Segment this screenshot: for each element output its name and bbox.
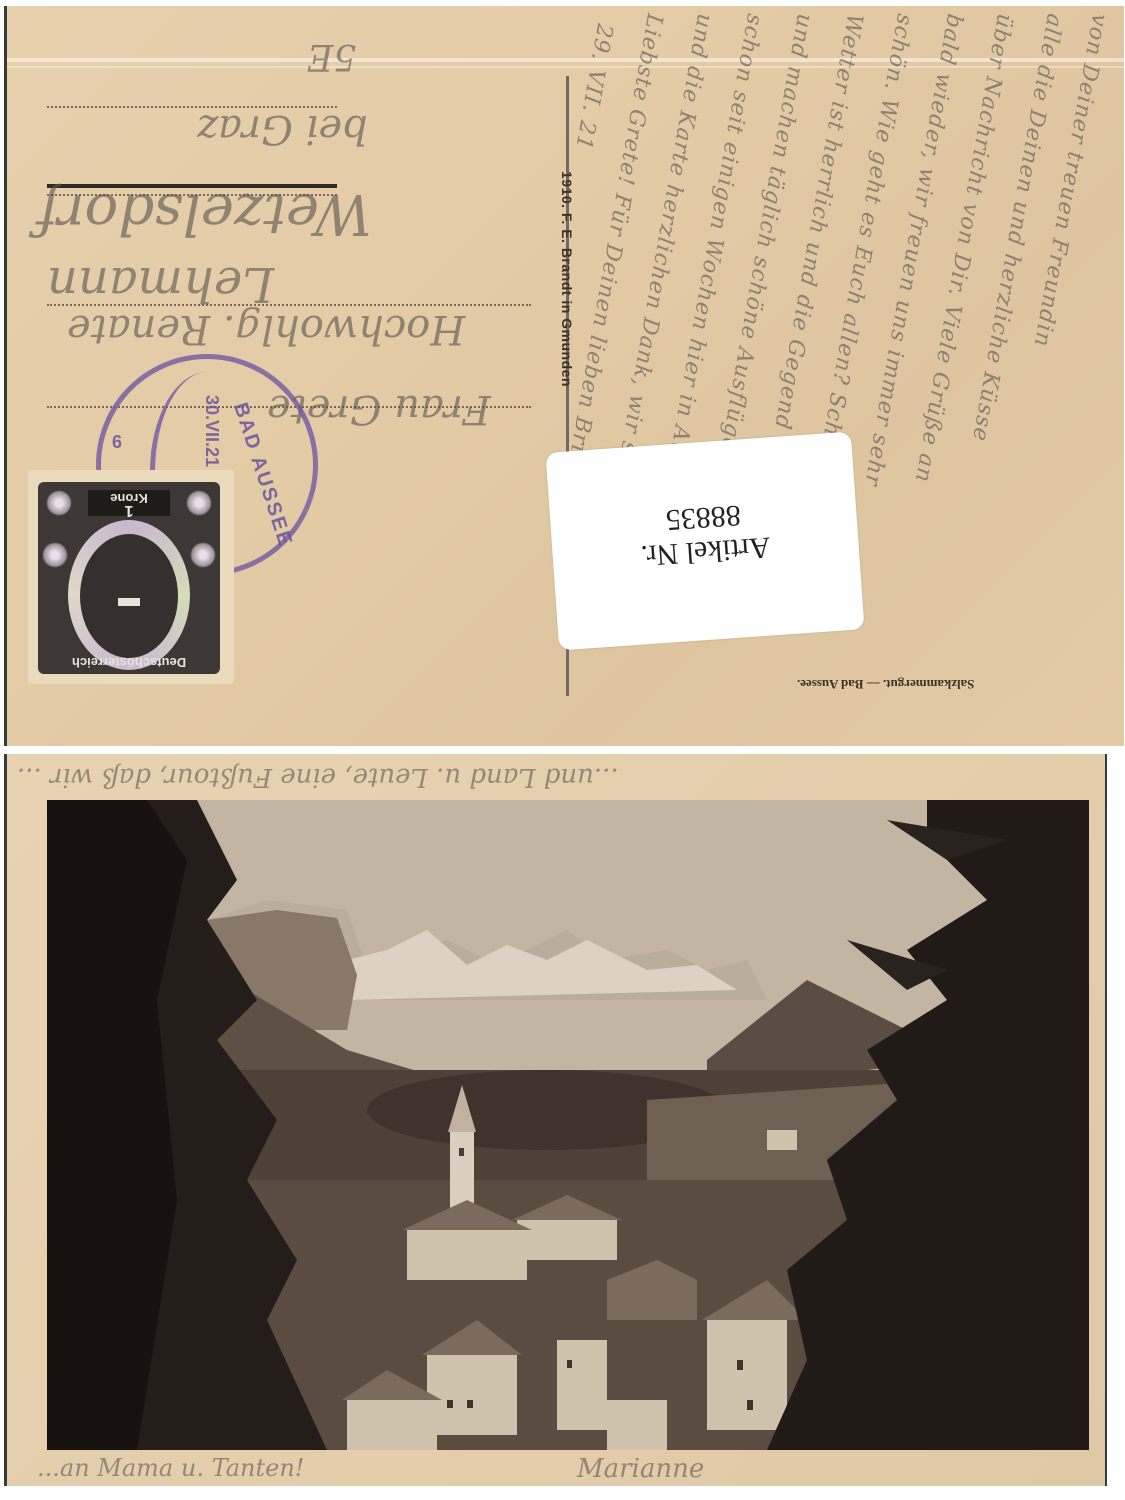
- publisher-imprint: 1910. F. E. Brandt in Gmunden: [555, 171, 575, 461]
- article-number-label: Artikel Nr. 88835: [545, 432, 864, 651]
- handwritten-address-line: Wetzelsdorf: [37, 181, 372, 246]
- stamp-value: 1 Krone: [88, 490, 170, 516]
- caption-back: Salzkammergut. — Bad Aussee.: [797, 676, 974, 692]
- handwritten-date: 29. VII. 21: [570, 22, 617, 153]
- flower-ornament-icon: [46, 490, 72, 516]
- postage-stamp: 1 Krone Deutschösterreich: [28, 470, 234, 684]
- handwritten-address-line: 5E: [307, 36, 356, 77]
- handwritten-address-line: Hochwohlg. Renate: [67, 306, 465, 352]
- handwritten-bottom-text: ...an Mama u. Tanten!: [37, 1454, 304, 1482]
- handwritten-address-line: Lehmann: [47, 256, 274, 312]
- eagle-emblem-icon: [80, 534, 178, 658]
- flower-ornament-icon: [186, 490, 212, 516]
- landscape-illustration: [47, 800, 1089, 1450]
- town-photograph: [47, 800, 1089, 1450]
- postmark-hour: 9: [112, 430, 122, 451]
- flower-ornament-icon: [190, 542, 216, 568]
- flower-ornament-icon: [42, 542, 68, 568]
- publisher-imprint-text: 1910. F. E. Brandt in Gmunden: [559, 171, 575, 387]
- handwritten-signature: Marianne: [577, 1454, 704, 1484]
- stamp-currency: Krone: [110, 491, 148, 506]
- stamp-design: 1 Krone Deutschösterreich: [38, 482, 220, 674]
- handwritten-address-line: bei Graz: [197, 106, 368, 152]
- stamp-country: Deutschösterreich: [42, 655, 216, 670]
- handwritten-top-text: ...und Land u. Leute, eine Fußtour, daß …: [17, 762, 619, 792]
- postcard-front: ...und Land u. Leute, eine Fußtour, daß …: [4, 754, 1107, 1486]
- shield-icon: [118, 598, 140, 606]
- postmark-date: 30.VII.21: [201, 395, 222, 467]
- article-label-text: Artikel Nr. 88835: [550, 489, 860, 578]
